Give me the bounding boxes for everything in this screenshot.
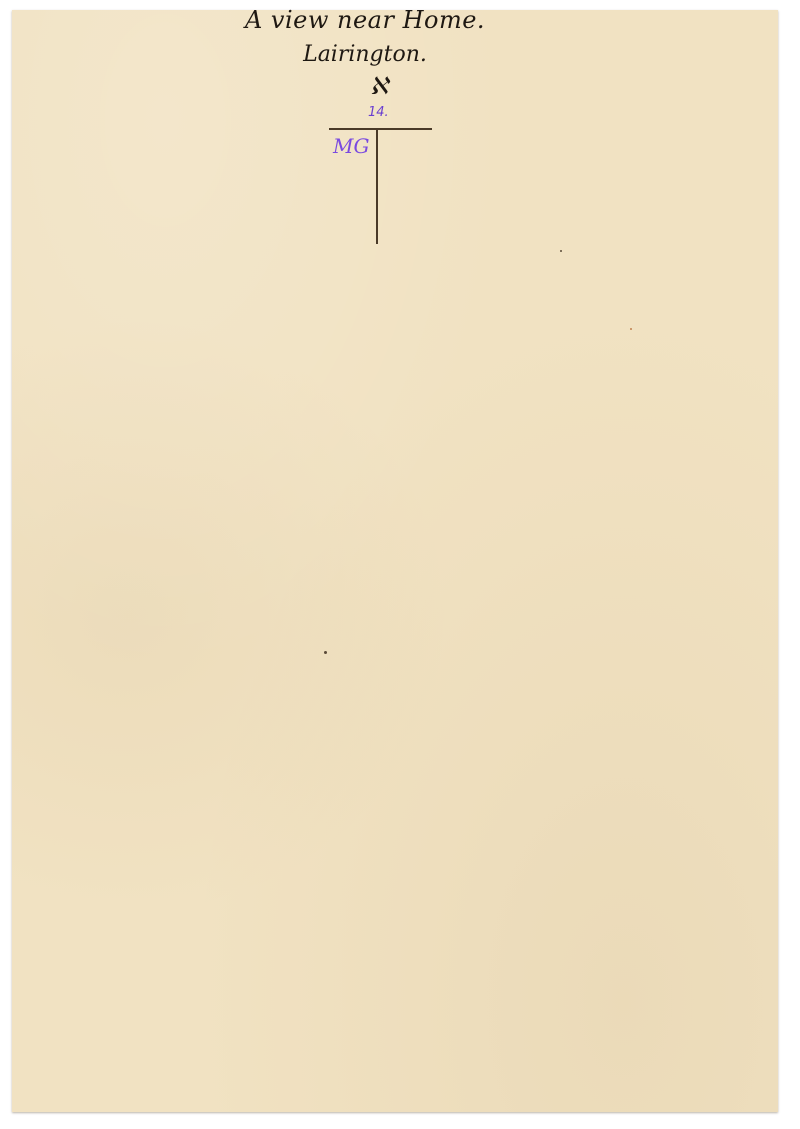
paper-sheet [12,10,778,1112]
paper-speck [324,651,327,654]
catalog-number: 14. [368,105,389,120]
ruled-horizontal-line [329,128,432,130]
annotator-initials: MG [333,134,369,158]
caption-place: Lairington. [280,42,450,67]
monogram-mark: ℵ [364,72,394,100]
caption-title: A view near Home. [200,6,530,34]
ruled-vertical-line [376,129,378,244]
paper-speck [630,328,632,330]
paper-speck [560,250,562,252]
